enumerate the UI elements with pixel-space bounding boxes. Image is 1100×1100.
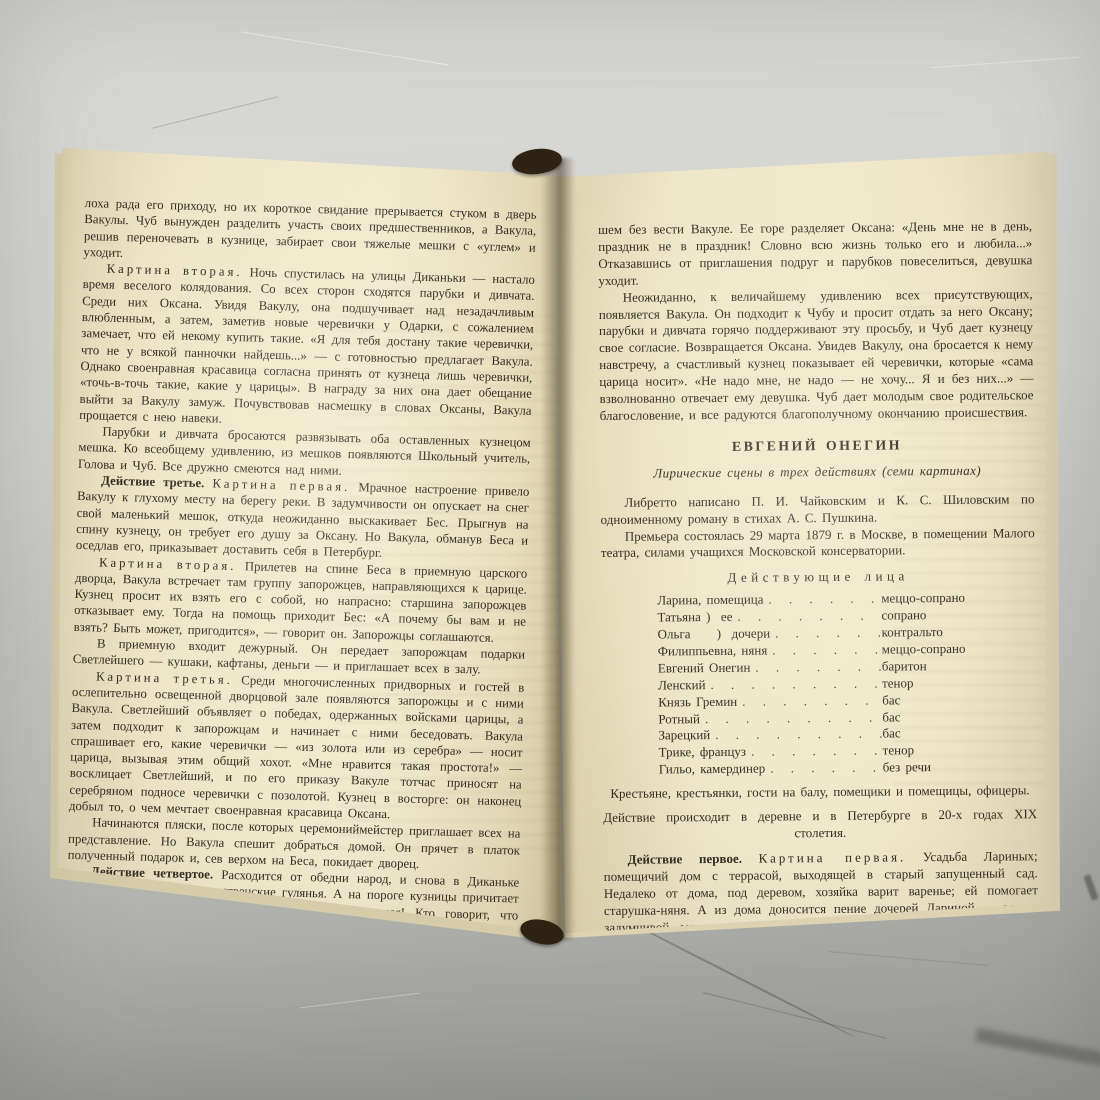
- dot-leader: . . . . . . . . . . . . . . . . . . . . …: [765, 760, 883, 778]
- paragraph-lead: Картина вторая.: [99, 555, 237, 573]
- paragraph: лоха рада его приходу, но их короткое св…: [83, 195, 537, 272]
- paragraph-text: Ночь спустилась на улицы Диканьки — наст…: [79, 266, 535, 426]
- dot-leader: . . . . . . . . . . . . . . . . . . . . …: [746, 743, 883, 761]
- paragraph-lead: Действие первое.: [628, 851, 742, 867]
- cast-voice: меццо-сопрано: [881, 589, 1033, 607]
- cast-voice: сопрано: [881, 606, 1033, 624]
- cast-voice: бас: [882, 708, 1034, 726]
- cast-role: Филиппьевна, няня: [658, 642, 768, 660]
- cast-voice: без речи: [883, 758, 1035, 776]
- left-page: лоха рада его приходу, но их короткое св…: [55, 145, 567, 940]
- cast-row: Гильо, камердинер. . . . . . . . . . . .…: [659, 758, 1035, 778]
- paragraph: Картина вторая. Ночь спустилась на улицы…: [79, 260, 535, 435]
- paragraph-text: Премьера состоялась 29 марта 1879 г. в М…: [601, 525, 1035, 561]
- paragraph-text: Неожиданно, к величайшему удивлению всех…: [599, 286, 1034, 423]
- paragraph-text: Парубки и дивчата бросаются развязывать …: [78, 425, 531, 478]
- dot-leader: . . . . . . . . . . . . . . . . . . . . …: [710, 726, 882, 744]
- paragraph-lead: Картина первая.: [212, 476, 350, 494]
- dot-leader: . . . . . . . . . . . . . . . . . . . . …: [763, 591, 881, 609]
- left-page-text: лоха рада его приходу, но их короткое св…: [65, 195, 537, 940]
- cast-role: Ротный: [658, 711, 700, 728]
- paragraph-lead: Картина третья.: [96, 669, 233, 687]
- dot-leader: . . . . . . . . . . . . . . . . . . . . …: [700, 709, 883, 727]
- paragraph-text: Либретто написано П. И. Чайковским и К. …: [601, 491, 1035, 527]
- paragraph-lead: Действие третье.: [101, 474, 205, 491]
- cast-voice: тенор: [883, 742, 1035, 760]
- dot-leader: . . . . . . . . . . . . . . . . . . . . …: [732, 608, 881, 626]
- cast-role: Ольга ) дочери: [658, 626, 771, 644]
- paragraph-lead: Картина вторая.: [107, 262, 243, 280]
- cast-voice: баритон: [882, 657, 1034, 675]
- dot-leader: . . . . . . . . . . . . . . . . . . . . …: [767, 641, 882, 659]
- note-text: Действие происходит в деревне и в Петерб…: [603, 806, 1037, 844]
- paragraph-text: лоха рада его приходу, но их короткое св…: [83, 196, 536, 260]
- book-photo-scene: лоха рада его приходу, но их короткое св…: [0, 0, 1100, 1100]
- book-headband-top: [511, 146, 564, 177]
- cast-voice: бас: [882, 725, 1034, 743]
- right-page-text: шем без вести Вакуле. Ее горе разделяет …: [598, 218, 1039, 938]
- cast-voice: тенор: [882, 674, 1034, 692]
- paragraph: Либретто написано П. И. Чайковским и К. …: [600, 491, 1034, 529]
- paragraph: Действие третье. Картина первая. Мрачное…: [76, 472, 530, 565]
- left-page-paragraphs: лоха рада его приходу, но их короткое св…: [66, 195, 537, 940]
- paragraph-text: Начинаются пляски, после которых церемон…: [68, 816, 521, 871]
- paragraph: Картина вторая. Прилетев на спине Беса в…: [73, 553, 527, 646]
- note-text: Крестьяне, крестьянки, гости на балу, по…: [603, 782, 1037, 803]
- cast-role: Евгений Онегин: [658, 660, 751, 678]
- cast-role: Татьяна ) ее: [657, 609, 732, 627]
- cast-voice: меццо-сопрано: [882, 640, 1034, 658]
- opera-subtitle: Лирические сцены в трех действиях (семи …: [600, 462, 1034, 483]
- paragraph: Действие первое. Картина первая. Усадьба…: [603, 848, 1038, 938]
- cast-role: Зарецкий: [658, 728, 710, 745]
- cast-list-title: Действующие лица: [601, 568, 1035, 589]
- paragraph-text: Прилетев на спине Беса в приемную царско…: [74, 559, 528, 645]
- right-page: шем без вести Вакуле. Ее горе разделяет …: [550, 148, 1055, 938]
- cast-voice: бас: [882, 691, 1034, 709]
- cast-role: Ларина, помещица: [657, 592, 763, 610]
- cast-role: Ленский: [658, 677, 706, 694]
- paragraph-lead: Картина первая.: [758, 849, 906, 865]
- dot-leader: . . . . . . . . . . . . . . . . . . . . …: [770, 625, 882, 643]
- paragraph: шем без вести Вакуле. Ее горе разделяет …: [598, 218, 1033, 289]
- paragraph-text: Среди многочисленных придворных и гостей…: [69, 673, 525, 821]
- cast-role: Трике, француз: [659, 744, 747, 762]
- opera-title: ЕВГЕНИЙ ОНЕГИН: [600, 436, 1034, 457]
- cast-role: Гильо, камердинер: [659, 761, 766, 779]
- dot-leader: . . . . . . . . . . . . . . . . . . . . …: [737, 692, 882, 710]
- paragraph: Премьера состоялась 29 марта 1879 г. в М…: [601, 525, 1035, 563]
- right-page-blocks: шем без вести Вакуле. Ее горе разделяет …: [598, 218, 1039, 938]
- dot-leader: . . . . . . . . . . . . . . . . . . . . …: [705, 675, 882, 693]
- cast-voice: контральто: [882, 623, 1034, 641]
- paragraph: Картина третья. Среди многочисленных при…: [69, 667, 525, 825]
- cast-list: Ларина, помещица. . . . . . . . . . . . …: [657, 589, 1035, 778]
- paragraph-text: шем без вести Вакуле. Ее горе разделяет …: [598, 218, 1032, 288]
- cast-role: Князь Гремин: [658, 693, 737, 711]
- open-book: лоха рада его приходу, но их короткое св…: [0, 0, 1100, 1100]
- paragraph: Неожиданно, к величайшему удивлению всех…: [599, 286, 1034, 425]
- dot-leader: . . . . . . . . . . . . . . . . . . . . …: [750, 658, 882, 676]
